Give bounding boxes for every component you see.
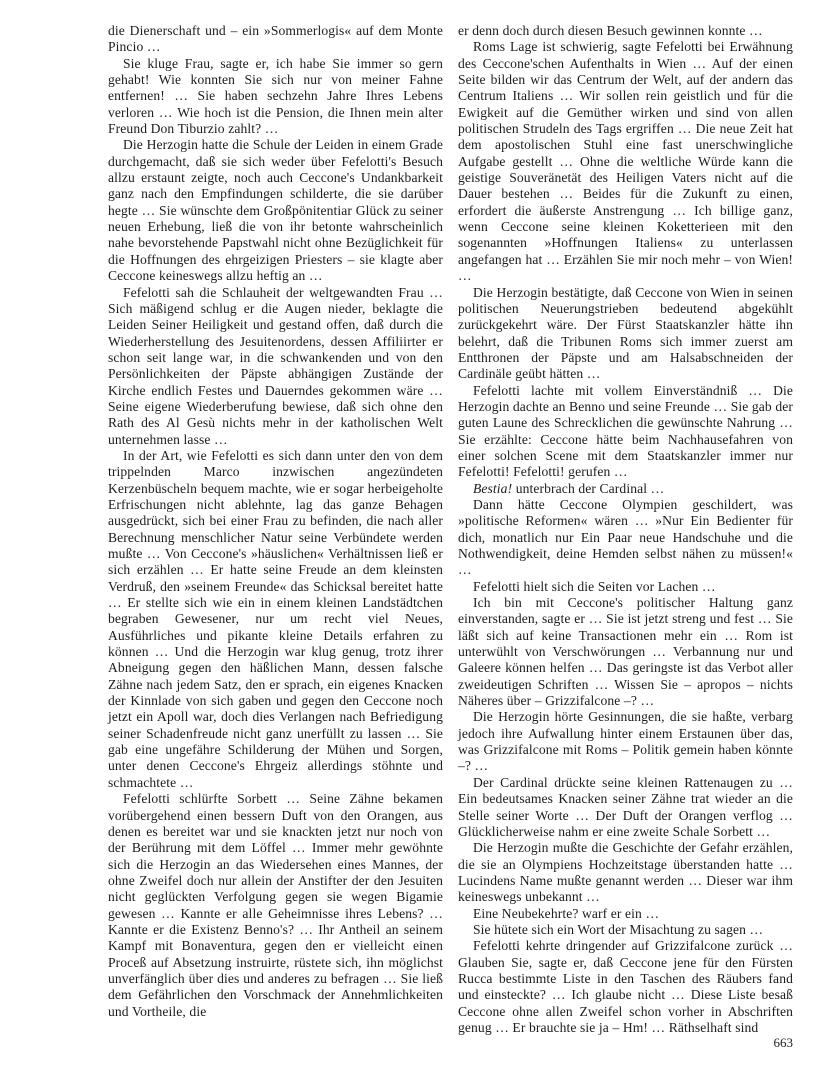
text-run: Die Herzogin hatte die Schule der Leiden… xyxy=(108,137,443,283)
paragraph: Bestia! unterbrach der Cardinal … xyxy=(458,481,793,497)
text-column-right: er denn doch durch diesen Besuch gewinne… xyxy=(458,23,793,1036)
paragraph: Fefelotti lachte mit vollem Einverständn… xyxy=(458,383,793,481)
text-run: Roms Lage ist schwierig, sagte Fefelotti… xyxy=(458,39,793,283)
book-page: die Dienerschaft und – ein »Sommerlogis«… xyxy=(0,0,819,1065)
text-run: Die Herzogin bestätigte, daß Ceccone von… xyxy=(458,285,793,382)
paragraph: Fefelotti sah die Schlauheit der weltgew… xyxy=(108,285,443,448)
text-run: Die Herzogin hörte Gesinnungen, die sie … xyxy=(458,709,793,773)
paragraph: Die Herzogin bestätigte, daß Ceccone von… xyxy=(458,285,793,383)
text-run: Ich bin mit Ceccone's politischer Haltun… xyxy=(458,595,793,708)
text-run: er denn doch durch diesen Besuch gewinne… xyxy=(458,23,763,38)
text-run: Fefelotti hielt sich die Seiten vor Lach… xyxy=(473,579,716,594)
text-run: Sie hütete sich ein Wort der Misachtung … xyxy=(473,922,763,937)
paragraph: er denn doch durch diesen Besuch gewinne… xyxy=(458,23,793,39)
paragraph: Sie kluge Frau, sagte er, ich habe Sie i… xyxy=(108,56,443,138)
text-run: Fefelotti schlürfte Sorbett … Seine Zähn… xyxy=(108,791,443,1018)
text-block: die Dienerschaft und – ein »Sommerlogis«… xyxy=(108,23,793,1036)
paragraph: Die Herzogin hatte die Schule der Leiden… xyxy=(108,137,443,284)
paragraph: Fefelotti hielt sich die Seiten vor Lach… xyxy=(458,579,793,595)
paragraph: Fefelotti schlürfte Sorbett … Seine Zähn… xyxy=(108,791,443,1020)
paragraph: Sie hütete sich ein Wort der Misachtung … xyxy=(458,922,793,938)
text-run: Die Herzogin mußte die Geschichte der Ge… xyxy=(458,840,793,904)
text-column-left: die Dienerschaft und – ein »Sommerlogis«… xyxy=(108,23,443,1036)
paragraph: In der Art, wie Fefelotti es sich dann u… xyxy=(108,448,443,791)
text-run: In der Art, wie Fefelotti es sich dann u… xyxy=(108,448,443,790)
paragraph: Der Cardinal drückte seine kleinen Ratte… xyxy=(458,775,793,840)
paragraph: Die Herzogin mußte die Geschichte der Ge… xyxy=(458,840,793,905)
text-run: Der Cardinal drückte seine kleinen Ratte… xyxy=(458,775,793,839)
text-run: Sie kluge Frau, sagte er, ich habe Sie i… xyxy=(108,56,443,136)
text-run: die Dienerschaft und – ein »Sommerlogis«… xyxy=(108,23,443,54)
page-number: 663 xyxy=(774,1035,794,1051)
paragraph: Roms Lage ist schwierig, sagte Fefelotti… xyxy=(458,39,793,284)
text-run: Fefelotti sah die Schlauheit der weltgew… xyxy=(108,285,443,447)
paragraph: Ich bin mit Ceccone's politischer Haltun… xyxy=(458,595,793,709)
paragraph: die Dienerschaft und – ein »Sommerlogis«… xyxy=(108,23,443,56)
paragraph: Eine Neubekehrte? warf er ein … xyxy=(458,906,793,922)
paragraph: Die Herzogin hörte Gesinnungen, die sie … xyxy=(458,709,793,774)
text-run: Dann hätte Ceccone Olympien geschildert,… xyxy=(458,497,793,577)
paragraph: Dann hätte Ceccone Olympien geschildert,… xyxy=(458,497,793,579)
text-run: Fefelotti lachte mit vollem Einverständn… xyxy=(458,383,793,480)
text-run: Eine Neubekehrte? warf er ein … xyxy=(473,906,659,921)
text-run: Fefelotti kehrte dringender auf Grizzifa… xyxy=(458,938,793,1035)
italic-run: Bestia! xyxy=(473,481,512,496)
text-run: unterbrach der Cardinal … xyxy=(512,481,664,496)
paragraph: Fefelotti kehrte dringender auf Grizzifa… xyxy=(458,938,793,1036)
